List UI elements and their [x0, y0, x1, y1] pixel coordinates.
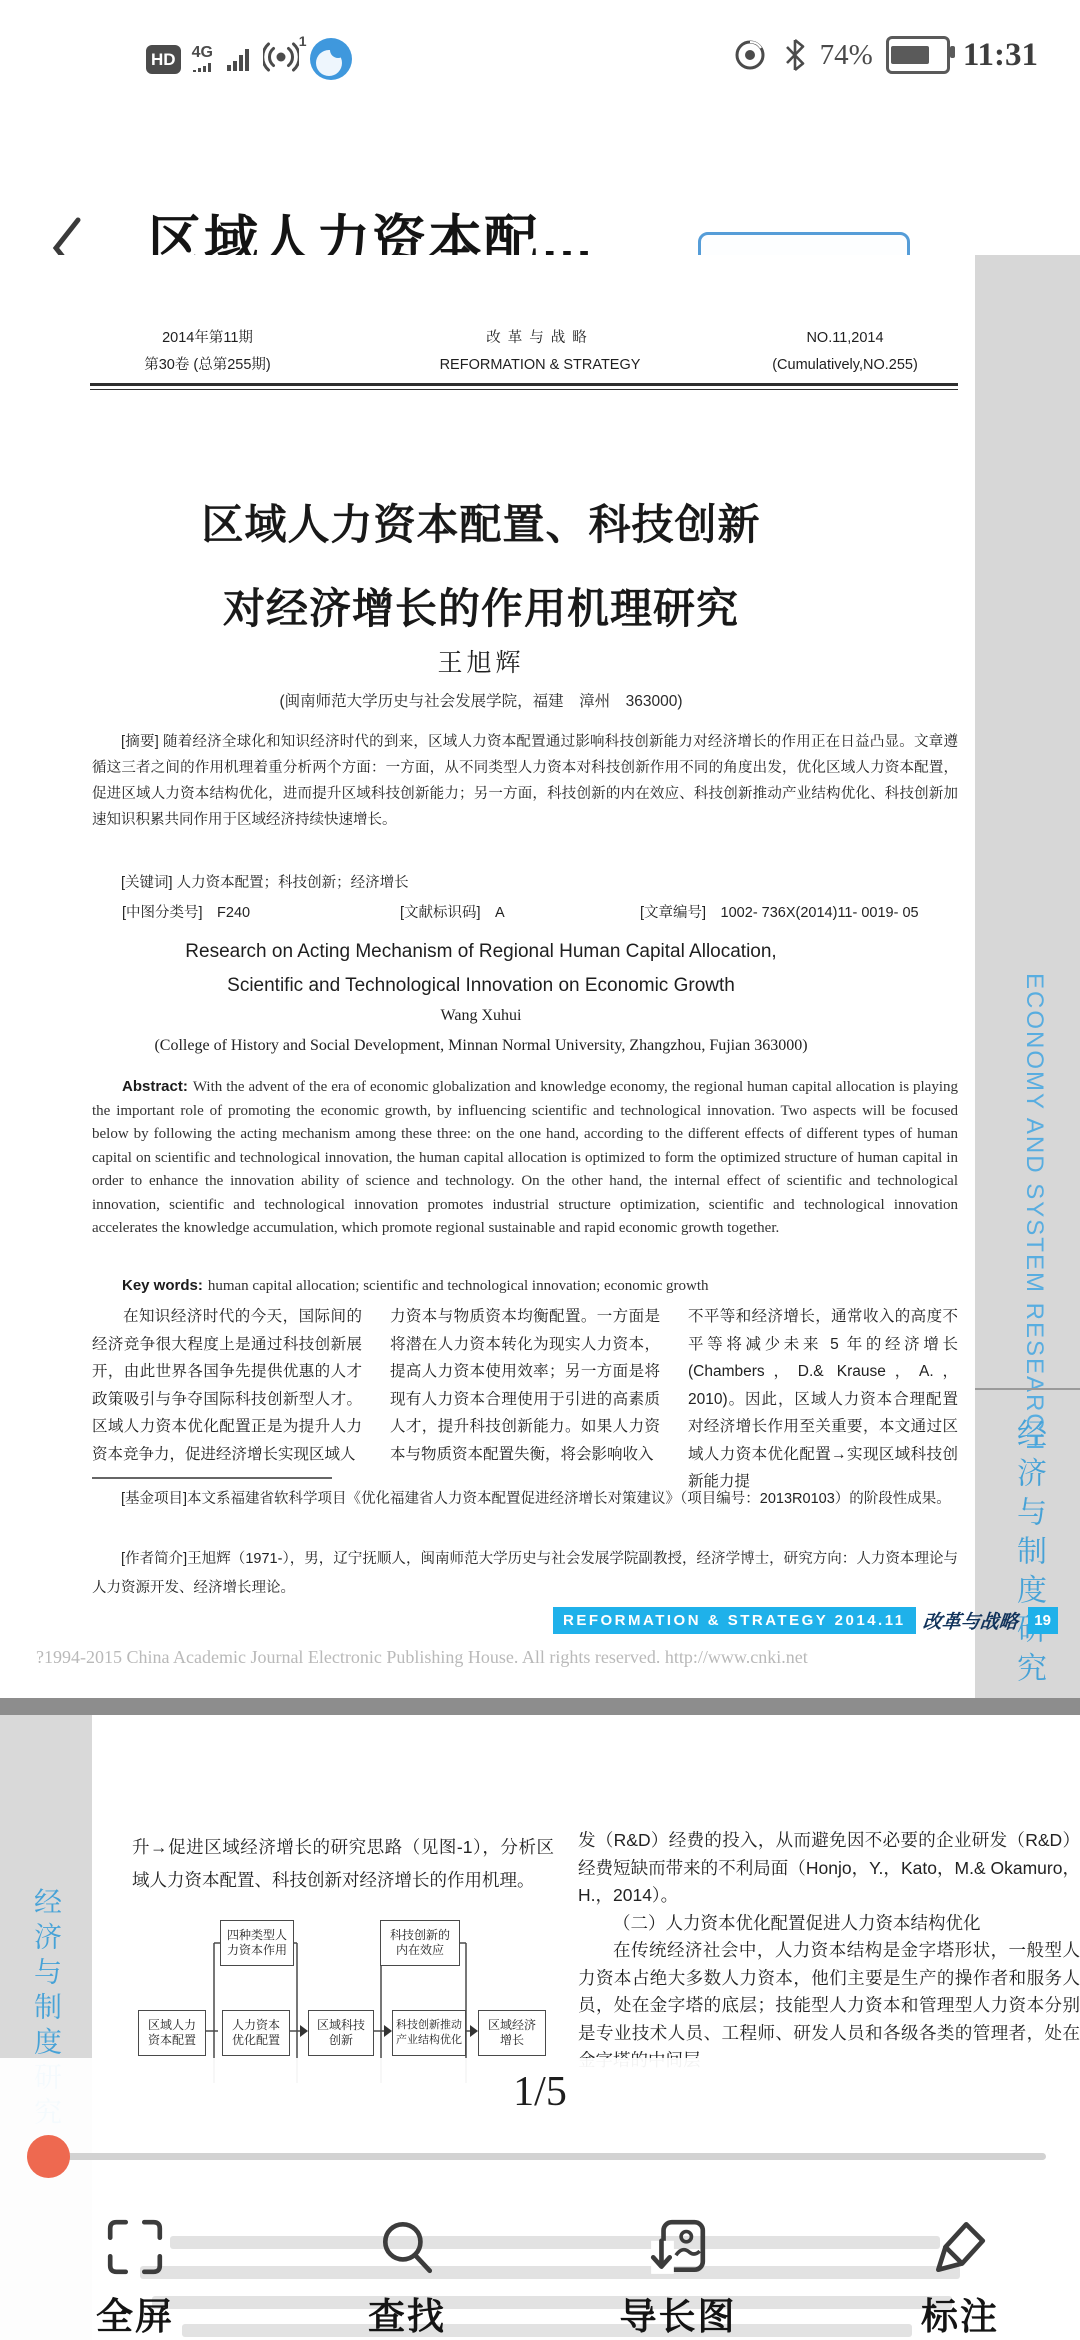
toolbar-label: 查找	[307, 2286, 507, 2340]
journal-name: 改革与战略 REFORMATION & STRATEGY	[360, 325, 720, 379]
battery-icon	[886, 36, 950, 74]
hotspot-badge: 1	[299, 33, 307, 49]
abstract-en: Abstract:With the advent of the era of e…	[92, 1075, 958, 1241]
copyright-notice: ?1994-2015 China Academic Journal Electr…	[36, 1647, 808, 1668]
signal-bars-small-icon	[192, 61, 214, 73]
toolbar-label: 导长图	[578, 2286, 778, 2340]
body-column-1: 在知识经济时代的今天，国际间的经济竞争很大程度上是通过科技创新展开，由此世界各国…	[92, 1303, 362, 1496]
progress-slider-track[interactable]	[30, 2153, 1046, 2160]
toolbar-item-fullscreen[interactable]: 全屏	[35, 2216, 235, 2340]
journal-footer: REFORMATION & STRATEGY 2014.11 改革与战略 19	[553, 1607, 1058, 1634]
search-icon	[376, 2216, 438, 2278]
hotspot-icon: 1	[263, 41, 299, 78]
page2-left-column: 升→促进区域经济增长的研究思路（见图-1），分析区域人力资本配置、科技创新对经济…	[132, 1831, 554, 1897]
journal-footer-band: REFORMATION & STRATEGY 2014.11	[553, 1607, 916, 1634]
flow-box-industry-structure: 科技创新推动 产业结构优化	[392, 2010, 466, 2056]
status-right-cluster: 74% 11:31	[730, 36, 1038, 74]
article-title: 区域人力资本配置、科技创新 对经济增长的作用机理研究	[0, 483, 962, 651]
document-code: [文献标识码] A	[400, 901, 505, 922]
flow-box-economic-growth: 区域经济 增长	[478, 2010, 546, 2056]
fullscreen-icon	[104, 2216, 166, 2278]
clock: 11:31	[963, 37, 1038, 74]
app-header: 区域人力资本配… QQ浏览器文件服务 开启自动备份	[0, 90, 1080, 256]
pdf-page-1[interactable]: ECONOMY AND SYSTEM RESEARCH 经济与制度研究 2014…	[0, 255, 1080, 1698]
network-type: 4G	[192, 45, 214, 73]
hd-voice-icon: HD	[146, 45, 181, 74]
eye-protection-icon	[730, 38, 770, 72]
article-number: [文章编号] 1002- 736X(2014)11- 0019- 05	[640, 901, 919, 922]
article-affiliation: (闽南师范大学历史与社会发展学院，福建 漳州 363000)	[0, 689, 962, 711]
export-long-image-icon	[647, 2216, 709, 2278]
body-column-2: 力资本与物质资本均衡配置。一方面是将潜在人力资本转化为现实人力资本，提高人力资本…	[390, 1303, 660, 1496]
battery-percent: 74%	[820, 39, 873, 72]
keywords-cn: [关键词] 人力资本配置；科技创新；经济增长	[92, 871, 958, 892]
flow-box-regional-hc-allocation: 区域人力 资本配置	[138, 2010, 206, 2056]
journal-issue-en: NO.11,2014 (Cumulatively,NO.255)	[730, 325, 960, 379]
page2-right-column: 发（R&D）经费的投入，从而避免因不必要的企业研发（R&D）经费短缺而带来的不利…	[578, 1827, 1080, 2075]
body-column-3: 不平等和经济增长，通常收入的高度不平等将减少未来 5 年的经济增长 (Chamb…	[688, 1303, 958, 1496]
keywords-en: Key words:human capital allocation; scie…	[92, 1277, 958, 1295]
qq-browser-icon	[310, 38, 352, 80]
obscured-text-ghost	[182, 2324, 912, 2337]
journal-footer-logo: 改革与战略	[914, 1607, 1026, 1634]
en-author: Wang Xuhui	[0, 1007, 962, 1025]
fund-note: [基金项目]本文系福建省软科学项目《优化福建省人力资本配置促进经济增长对策建议》…	[92, 1485, 958, 1514]
body-columns: 在知识经济时代的今天，国际间的经济竞争很大程度上是通过科技创新展开，由此世界各国…	[92, 1303, 958, 1496]
en-title: Research on Acting Mechanism of Regional…	[0, 935, 962, 1003]
toolbar-label: 全屏	[35, 2286, 235, 2340]
section-heading: （二）人力资本优化配置促进人力资本结构优化	[578, 1910, 1080, 1938]
screen: HD 4G 1	[0, 0, 1080, 2340]
bluetooth-icon	[783, 38, 807, 72]
status-bar: HD 4G 1	[0, 0, 1080, 90]
clc-number: [中图分类号] F240	[122, 901, 250, 922]
status-left-cluster: HD 4G 1	[146, 38, 352, 80]
flow-box-hc-optimized: 人力资本 优化配置	[222, 2010, 290, 2056]
toolbar-item-annotate[interactable]: 标注	[860, 2216, 1060, 2340]
obscured-text-ghost	[140, 2266, 960, 2279]
flow-box-four-types: 四种类型人 力资本作用	[220, 1920, 294, 1966]
side-divider	[975, 1388, 1080, 1390]
flow-box-internal-effect: 科技创新的 内在效应	[380, 1920, 460, 1966]
toolbar-item-export-long-image[interactable]: 导长图	[578, 2216, 778, 2340]
viewer-controls: 1/5 全屏 查找 导长图	[0, 2058, 1080, 2340]
journal-page-number: 19	[1028, 1607, 1058, 1634]
page-divider	[0, 1698, 1080, 1715]
signal-bars-icon	[225, 46, 252, 73]
en-affiliation: (College of History and Social Developme…	[0, 1037, 962, 1055]
side-label-en: ECONOMY AND SYSTEM RESEARCH	[1020, 973, 1048, 1452]
journal-rule	[90, 383, 958, 390]
toolbar-item-find[interactable]: 查找	[307, 2216, 507, 2340]
abstract-cn: [摘要] 随着经济全球化和知识经济时代的到来，区域人力资本配置通过影响科技创新能…	[92, 729, 958, 833]
side-label-cn: 经济与制度研究	[1006, 1418, 1050, 1691]
author-bio: [作者简介]王旭辉（1971-），男，辽宁抚顺人，闽南师范大学历史与社会发展学院…	[92, 1545, 958, 1603]
obscured-text-ghost	[170, 2236, 940, 2249]
journal-issue-cn: 2014年第11期 第30卷 (总第255期)	[95, 325, 320, 379]
article-author: 王旭辉	[0, 643, 962, 679]
footnote-rule	[92, 1477, 332, 1479]
obscured-text-ghost	[152, 2296, 952, 2309]
toolbar-label: 标注	[860, 2286, 1060, 2340]
marker-icon	[929, 2216, 991, 2278]
page-indicator: 1/5	[0, 2068, 1080, 2116]
flow-box-regional-innovation: 区域科技 创新	[308, 2010, 374, 2056]
progress-slider-thumb[interactable]	[27, 2135, 70, 2178]
